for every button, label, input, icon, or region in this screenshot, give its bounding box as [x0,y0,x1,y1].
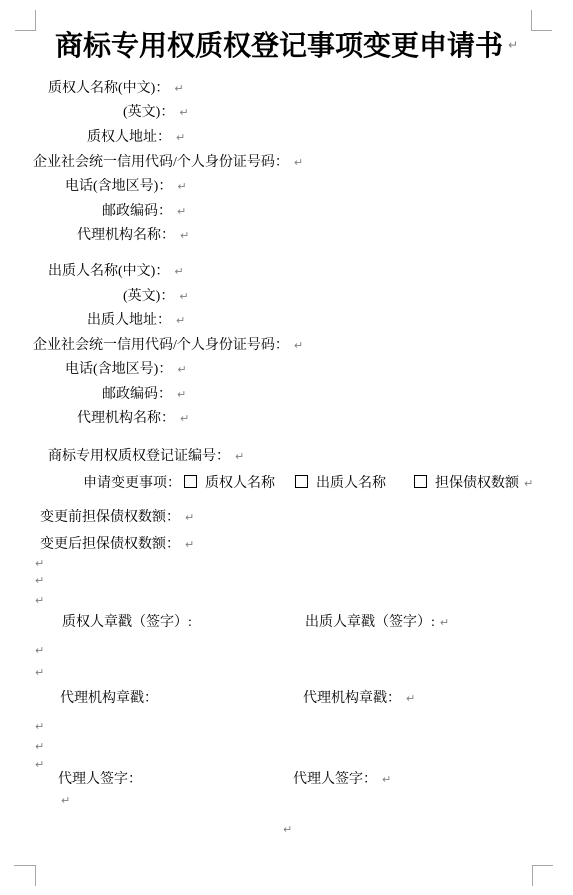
pledgee-seal-label: 质权人章戳（签字）: [62,614,192,631]
pledgor-phone-label: 电话(含地区号)：↵ [65,361,187,378]
paragraph-mark: ↵ [177,388,186,401]
text-boundary-corner-top-left-icon [15,10,36,31]
paragraph-mark: ↵ [61,795,70,806]
option-secured-debt-amount-label: 担保债权数额 [435,476,519,491]
pledgee-credit-code-label: 企业社会统一信用代码/个人身份证号码：↵ [33,154,303,171]
paragraph-mark: ↵ [508,38,518,52]
pledgee-address-label: 质权人地址：↵ [87,129,185,146]
agency-seal-row: 代理机构章戳： 代理机构章戳：↵ [0,690,573,707]
paragraph-mark: ↵ [294,339,303,352]
checkbox-pledgor-name[interactable] [295,475,308,488]
pledgor-agency-name-label: 代理机构名称：↵ [77,410,189,427]
document-page: 商标专用权质权登记事项变更申请书↵ 质权人名称(中文)：↵ (英文)：↵ 质权人… [0,0,573,895]
paragraph-mark: ↵ [382,773,391,786]
agency-seal-left-label: 代理机构章戳： [60,690,158,707]
text-boundary-corner-bottom-right-icon [532,865,553,886]
agent-signature-row: 代理人签字： 代理人签字：↵ [0,771,573,788]
paragraph-mark: ↵ [524,477,533,490]
paragraph-mark: ↵ [180,229,189,242]
change-items-label: 申请变更事项： [83,476,181,491]
paragraph-mark: ↵ [177,180,186,193]
paragraph-mark: ↵ [35,645,44,656]
paragraph-mark: ↵ [179,106,188,119]
checkbox-pledgee-name[interactable] [184,475,197,488]
pledgor-name-en-label: (英文)：↵ [123,288,189,305]
paragraph-mark: ↵ [35,741,44,752]
pledgor-postal-code-label: 邮政编码：↵ [102,386,186,403]
pledgor-address-label: 出质人地址：↵ [87,312,185,329]
paragraph-mark: ↵ [177,205,186,218]
paragraph-mark: ↵ [179,290,188,303]
change-items-row: 申请变更事项：质权人名称出质人名称担保债权数额↵ [83,475,533,492]
paragraph-mark: ↵ [440,616,449,629]
pledgee-postal-code-label: 邮政编码：↵ [102,203,186,220]
pledgor-name-cn-label: 出质人名称(中文)：↵ [48,263,184,280]
page-title-text: 商标专用权质权登记事项变更申请书 [55,31,503,62]
pledgor-credit-code-label: 企业社会统一信用代码/个人身份证号码：↵ [33,337,303,354]
pledgee-name-cn-label: 质权人名称(中文)：↵ [48,80,184,97]
paragraph-mark: ↵ [176,314,185,327]
paragraph-mark: ↵ [177,363,186,376]
pledgor-seal-label: 出质人章戳（签字）:↵ [305,614,449,631]
paragraph-mark: ↵ [176,131,185,144]
option-pledgee-name-label: 质权人名称 [205,476,275,491]
registration-cert-no-label: 商标专用权质权登记证编号：↵ [48,448,244,465]
paragraph-mark: ↵ [185,511,194,524]
amount-after-label: 变更后担保债权数额：↵ [40,536,194,553]
paragraph-mark: ↵ [406,692,415,705]
paragraph-mark: ↵ [35,595,44,606]
paragraph-mark: ↵ [174,82,183,95]
checkbox-secured-debt-amount[interactable] [414,475,427,488]
pledgee-phone-label: 电话(含地区号)：↵ [65,178,187,195]
text-boundary-corner-top-right-icon [531,10,552,31]
text-boundary-corner-bottom-left-icon [14,865,36,886]
paragraph-mark: ↵ [283,824,292,835]
agency-seal-right-label: 代理机构章戳：↵ [303,690,415,707]
paragraph-mark: ↵ [35,575,44,586]
paragraph-mark: ↵ [35,667,44,678]
paragraph-mark: ↵ [35,721,44,732]
paragraph-mark: ↵ [294,156,303,169]
amount-before-label: 变更前担保债权数额：↵ [40,509,194,526]
pledgee-name-en-label: (英文)：↵ [123,104,189,121]
agent-sign-right-label: 代理人签字：↵ [293,771,391,788]
page-title: 商标专用权质权登记事项变更申请书↵ [0,31,573,63]
paragraph-mark: ↵ [174,265,183,278]
pledgee-agency-name-label: 代理机构名称：↵ [77,227,189,244]
paragraph-mark: ↵ [185,538,194,551]
option-pledgor-name-label: 出质人名称 [316,476,386,491]
agent-sign-left-label: 代理人签字： [58,771,142,788]
paragraph-mark: ↵ [180,412,189,425]
paragraph-mark: ↵ [235,450,244,463]
seal-signature-row: 质权人章戳（签字）: 出质人章戳（签字）:↵ [0,614,573,631]
paragraph-mark: ↵ [35,558,44,569]
paragraph-mark: ↵ [35,759,44,770]
